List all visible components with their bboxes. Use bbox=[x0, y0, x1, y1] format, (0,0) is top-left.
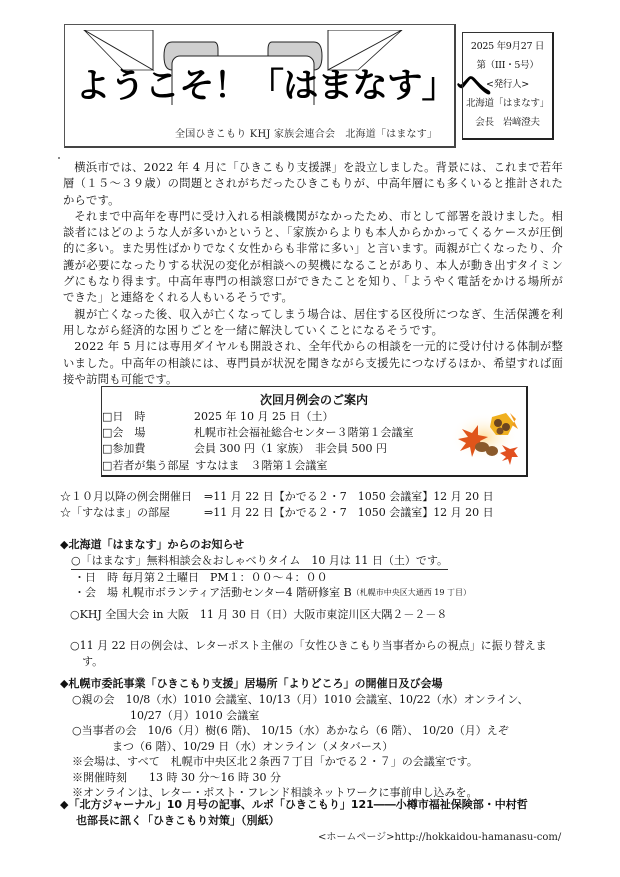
meeting-row-label: □会 場 bbox=[102, 425, 194, 441]
schedule-value: ⇒11 月 22 日【かでる２・7 1050 会議室】12 月 20 日 bbox=[204, 505, 494, 521]
article-paragraph: それまで中高年を専門に受け入れる相談機関がなかったため、市として部署を設けました… bbox=[63, 209, 563, 307]
meeting-row-youth-room: □若者が集う部屋すなはま ３階第１会議室 bbox=[102, 458, 414, 474]
journal-line-cont: 也部長に訊く「ひきこもり対策」（別紙） bbox=[60, 813, 528, 829]
chairman: 会長 岩﨑澄夫 bbox=[463, 113, 552, 132]
meeting-row-label: □参加費 bbox=[102, 441, 194, 457]
notice-item-value: 毎月第２土曜日 PM１：００～４：００ bbox=[122, 570, 328, 586]
schedule-label: ☆「すなはま」の部屋 bbox=[60, 505, 204, 521]
meeting-row-datetime: □日 時2025 年 10 月 25 日（土） bbox=[102, 409, 414, 425]
meeting-row-venue: □会 場札幌市社会福祉総合センター３階第１会議室 bbox=[102, 425, 414, 441]
schedule-list: ☆１０月以降の例会開催日⇒11 月 22 日【かでる２・7 1050 会議室】1… bbox=[60, 489, 494, 521]
notice-item-value: 札幌市ボランティア活動センター4 階研修室 B bbox=[122, 585, 352, 601]
meeting-row-value: 会員 300 円（1 家族） 非会員 500 円 bbox=[194, 441, 387, 457]
meeting-title: 次回月例会のご案内 bbox=[102, 391, 526, 408]
khj-national-convention: ○KHJ 全国大会 in 大阪 11 月 30 日（日）大阪市東淀川区大隅２－２… bbox=[70, 607, 447, 623]
article-paragraph: 横浜市では、2022 年 4 月に「ひきこもり支援課」を設立しました。背景には、… bbox=[63, 160, 563, 209]
self-meeting-line-cont: まつ（6 階）、10/29 日（水）オンライン（メタバース） bbox=[60, 739, 528, 755]
publisher-org: 北海道「はまなす」 bbox=[463, 94, 552, 113]
meeting-row-label: □日 時 bbox=[102, 409, 194, 425]
issue-date: 2025 年9月27 日 bbox=[463, 37, 552, 56]
journal-line: ◆「北方ジャーナル」10 月号の記事、ルポ「ひきこもり」121――小樽市福祉保険… bbox=[60, 797, 528, 813]
meeting-details: □日 時2025 年 10 月 25 日（土） □会 場札幌市社会福祉総合センタ… bbox=[102, 409, 414, 474]
autumn-leaves-icon bbox=[448, 407, 520, 467]
publisher-label: <発行人> bbox=[463, 75, 552, 94]
venue-note: ※会場は、すべて 札幌市中央区北２条西７丁目「かでる２・７」の会議室です。 bbox=[60, 754, 528, 770]
sapporo-program-section: ◆札幌市委託事業「ひきこもり支援」居場所「よりどころ」の開催日及び会場 ○親の会… bbox=[60, 676, 528, 801]
notice-heading: ◆北海道「はまなす」からのお知らせ bbox=[60, 537, 471, 553]
notice-item-datetime: ・日 時毎月第２土曜日 PM１：００～４：００ bbox=[60, 570, 471, 586]
meeting-row-value: 2025 年 10 月 25 日（土） bbox=[194, 409, 333, 425]
article: 横浜市では、2022 年 4 月に「ひきこもり支援課」を設立しました。背景には、… bbox=[63, 160, 563, 388]
journal-article-section: ◆「北方ジャーナル」10 月号の記事、ルポ「ひきこもり」121――小樽市福祉保険… bbox=[60, 797, 528, 829]
homepage-link[interactable]: <ホームページ>http://hokkaidou-hamanasu-com/ bbox=[318, 828, 561, 843]
article-paragraph: 2022 年 5 月には専用ダイヤルも開設され、全年代からの相談を一元的に受け付… bbox=[63, 339, 563, 388]
stray-dot bbox=[58, 157, 60, 159]
meeting-row-value: すなはま ３階第１会議室 bbox=[195, 458, 327, 474]
notice-item-label: ・会 場 bbox=[60, 585, 122, 601]
parents-meeting-line-cont: 10/27（月）1010 会議室 bbox=[60, 708, 528, 724]
free-consultation-line: ○「はまなす」無料相談会＆おしゃべりタイム 10 月は 11 日（土）です。 bbox=[71, 553, 448, 570]
issue-info-box: 2025 年9月27 日 第（III・5号） <発行人> 北海道「はまなす」 会… bbox=[462, 32, 554, 140]
page-title: ようこそ！「はまなす」へ bbox=[75, 58, 491, 107]
sapporo-heading: ◆札幌市委託事業「ひきこもり支援」居場所「よりどころ」の開催日及び会場 bbox=[60, 676, 528, 692]
notice-item-venue: ・会 場札幌市ボランティア活動センター4 階研修室 B（札幌市中央区大通西 19… bbox=[60, 585, 471, 601]
meeting-row-label: □若者が集う部屋 bbox=[102, 458, 189, 474]
meeting-row-fee: □参加費会員 300 円（1 家族） 非会員 500 円 bbox=[102, 441, 414, 457]
article-paragraph: 親が亡くなった後、収入が亡くなってしまう場合は、居住する区役所につなぎ、生活保護… bbox=[63, 307, 563, 340]
notice-item-label: ・日 時 bbox=[60, 570, 122, 586]
time-note: ※開催時刻 13 時 30 分～16 時 30 分 bbox=[60, 770, 528, 786]
notice-item-note: （札幌市中央区大通西 19 丁目） bbox=[352, 585, 471, 601]
parents-meeting-line: ○親の会 10/8（水）1010 会議室、10/13（月）1010 会議室、10… bbox=[60, 692, 528, 708]
organization-name: 全国ひきこもり KHJ 家族会連合会 北海道「はまなす」 bbox=[175, 125, 437, 140]
schedule-value: ⇒11 月 22 日【かでる２・7 1050 会議室】12 月 20 日 bbox=[204, 489, 494, 505]
hamanasu-notice-section: ◆北海道「はまなす」からのお知らせ ○「はまなす」無料相談会＆おしゃべりタイム … bbox=[60, 537, 471, 601]
schedule-item-sunahama: ☆「すなはま」の部屋⇒11 月 22 日【かでる２・7 1050 会議室】12 … bbox=[60, 505, 494, 521]
issue-number: 第（III・5号） bbox=[463, 56, 552, 75]
meeting-replacement-notice: ○11 月 22 日の例会は、レターポスト主催の「女性ひきこもり当事者からの視点… bbox=[70, 638, 564, 669]
schedule-label: ☆１０月以降の例会開催日 bbox=[60, 489, 204, 505]
self-meeting-line: ○当事者の会 10/6（月）樹(6 階)、 10/15（水）あかなら（6 階）、… bbox=[60, 723, 528, 739]
next-meeting-box: 次回月例会のご案内 □日 時2025 年 10 月 25 日（土） □会 場札幌… bbox=[101, 386, 528, 477]
meeting-row-value: 札幌市社会福祉総合センター３階第１会議室 bbox=[194, 425, 414, 441]
schedule-item-meetings: ☆１０月以降の例会開催日⇒11 月 22 日【かでる２・7 1050 会議室】1… bbox=[60, 489, 494, 505]
meeting-replacement-text: ○11 月 22 日の例会は、レターポスト主催の「女性ひきこもり当事者からの視点… bbox=[70, 638, 564, 669]
